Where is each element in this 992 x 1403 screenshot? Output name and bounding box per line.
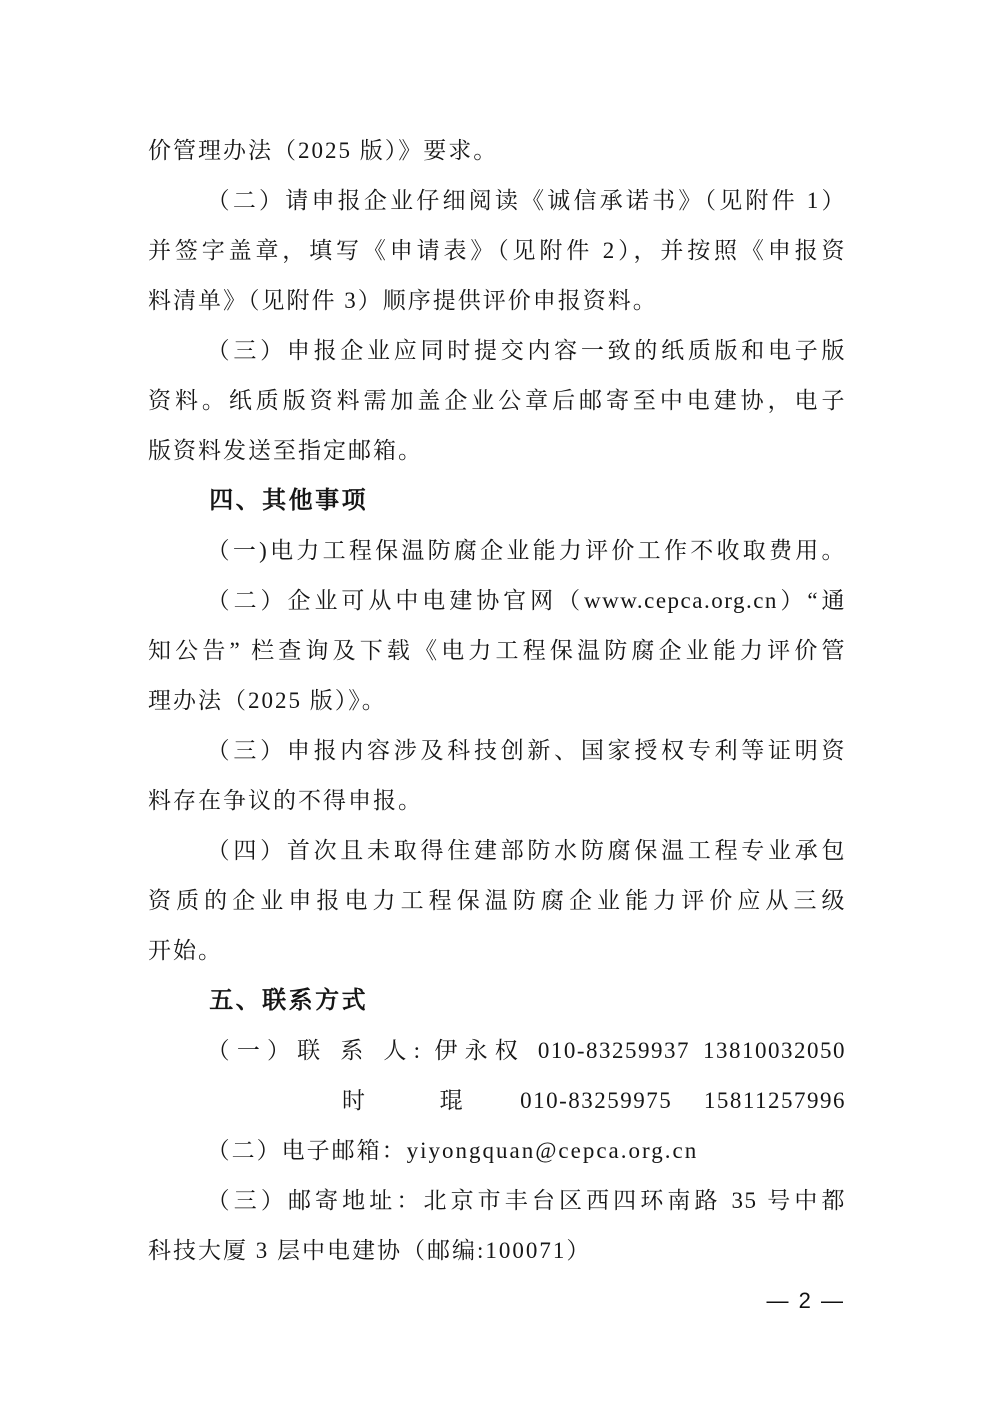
document-body: 价管理办法（2025 版）》要求。 （二）请申报企业仔细阅读《诚信承诺书》（见附… [148, 126, 846, 1276]
text-line: （二）请申报企业仔细阅读《诚信承诺书》（见附件 1） [148, 176, 846, 226]
contact-person-line-2: 时 琨 010-83259975 15811257996 [148, 1076, 846, 1126]
text-line: （四）首次且未取得住建部防水防腐保温工程专业承包 [148, 826, 846, 876]
text-line: 资质的企业申报电力工程保温防腐企业能力评价应从三级 [148, 876, 846, 926]
text-line: 开始。 [148, 926, 846, 976]
text-line-continuation: 价管理办法（2025 版）》要求。 [148, 126, 846, 176]
text-line: （三）申报企业应同时提交内容一致的纸质版和电子版 [148, 326, 846, 376]
mailing-address-line-1: （三）邮寄地址：北京市丰台区西四环南路 35 号中都 [148, 1176, 846, 1226]
contact-email-line: （二）电子邮箱：yiyongquan@cepca.org.cn [148, 1126, 846, 1176]
text-line: 料存在争议的不得申报。 [148, 776, 846, 826]
text-line: 资料。纸质版资料需加盖企业公章后邮寄至中电建协，电子 [148, 376, 846, 426]
text-line-website: （二）企业可从中电建协官网（www.cepca.org.cn）“通 [148, 576, 846, 626]
text-line: （一)电力工程保温防腐企业能力评价工作不收取费用。 [148, 526, 846, 576]
page-number: — 2 — [767, 1288, 845, 1314]
text-line: 并签字盖章，填写《申请表》（见附件 2），并按照《申报资 [148, 226, 846, 276]
text-line: 版资料发送至指定邮箱。 [148, 426, 846, 476]
text-line: 知公告” 栏查询及下载《电力工程保温防腐企业能力评价管 [148, 626, 846, 676]
mailing-address-line-2: 科技大厦 3 层中电建协（邮编:100071） [148, 1226, 846, 1276]
contact-person-line-1: （一）联 系 人: 伊永权 010-83259937 13810032050 [148, 1026, 846, 1076]
text-line: （三）申报内容涉及科技创新、国家授权专利等证明资 [148, 726, 846, 776]
heading-contact-info: 五、联系方式 [148, 976, 846, 1026]
text-line: 料清单》（见附件 3）顺序提供评价申报资料。 [148, 276, 846, 326]
text-line: 理办法（2025 版）》。 [148, 676, 846, 726]
document-page: 价管理办法（2025 版）》要求。 （二）请申报企业仔细阅读《诚信承诺书》（见附… [0, 0, 992, 1403]
heading-other-matters: 四、其他事项 [148, 476, 846, 526]
